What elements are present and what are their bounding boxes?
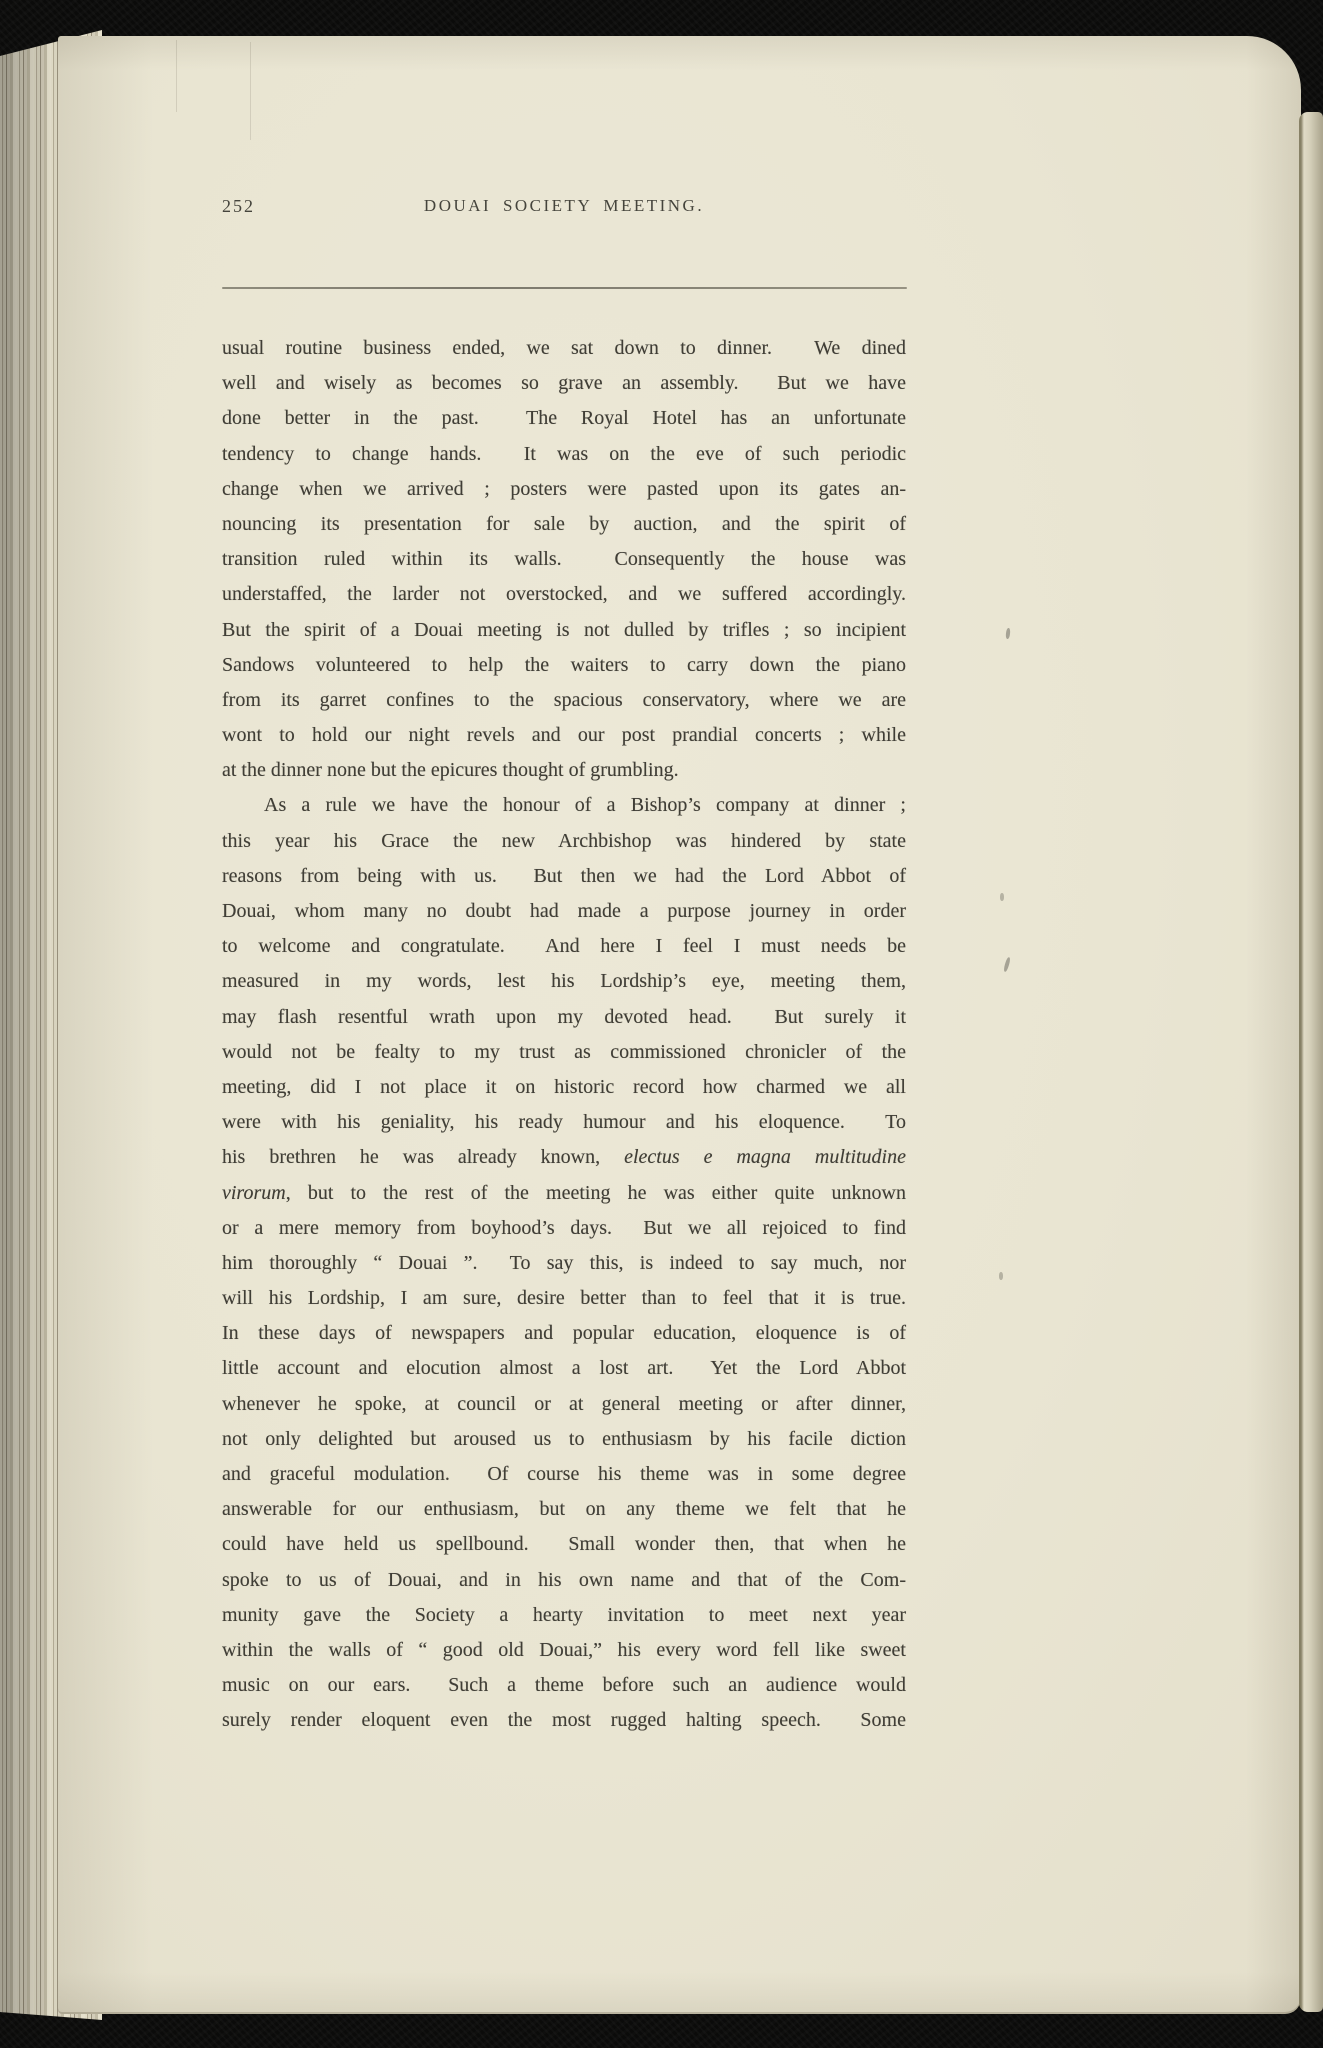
text-run: whenever he spoke, at council or at gene… xyxy=(222,1393,906,1415)
text-line: would not be fealty to my trust as commi… xyxy=(222,1035,906,1070)
text-run: change when we arrived ; posters were pa… xyxy=(222,478,906,500)
text-run: could have held us spellbound. Small won… xyxy=(222,1533,906,1555)
text-line: answerable for our enthusiasm, but on an… xyxy=(222,1492,906,1527)
text-line: meeting, did I not place it on historic … xyxy=(222,1070,906,1105)
text-run: this year his Grace the new Archbishop w… xyxy=(222,830,906,852)
text-line: But the spirit of a Douai meeting is not… xyxy=(222,613,906,648)
text-line: will his Lordship, I am sure, desire bet… xyxy=(222,1281,906,1316)
text-line: little account and elocution almost a lo… xyxy=(222,1351,906,1386)
text-line: surely render eloquent even the most rug… xyxy=(222,1703,906,1738)
text-run: at the dinner none but the epicures thou… xyxy=(222,759,679,781)
text-line: may flash resentful wrath upon my devote… xyxy=(222,1000,906,1035)
text-run: In these days of newspapers and popular … xyxy=(222,1322,906,1344)
text-run: munity gave the Society a hearty invitat… xyxy=(222,1604,906,1626)
text-run: music on our ears. Such a theme before s… xyxy=(222,1674,906,1696)
text-line: were with his geniality, his ready humou… xyxy=(222,1105,906,1140)
text-run: usual routine business ended, we sat dow… xyxy=(222,337,906,359)
text-run: will his Lordship, I am sure, desire bet… xyxy=(222,1287,906,1309)
text-line: As a rule we have the honour of a Bishop… xyxy=(222,788,906,823)
text-run: understaffed, the larder not overstocked… xyxy=(222,583,906,605)
text-run: Douai, whom many no doubt had made a pur… xyxy=(222,900,906,922)
text-line: him thoroughly “ Douai ”. To say this, i… xyxy=(222,1246,906,1281)
text-line: done better in the past. The Royal Hotel… xyxy=(222,401,906,436)
text-run: reasons from being with us. But then we … xyxy=(222,865,906,887)
text-run: to welcome and congratulate. And here I … xyxy=(222,935,906,957)
text-line: virorum, but to the rest of the meeting … xyxy=(222,1176,906,1211)
text-run: from its garret confines to the spacious… xyxy=(222,689,906,711)
running-title: DOUAI SOCIETY MEETING. xyxy=(222,196,906,216)
page-number: 252 xyxy=(222,196,255,217)
text-line: to welcome and congratulate. And here I … xyxy=(222,929,906,964)
text-line: or a mere memory from boyhood’s days. Bu… xyxy=(222,1211,906,1246)
text-run: spoke to us of Douai, and in his own nam… xyxy=(222,1569,906,1591)
text-run: nouncing its presentation for sale by au… xyxy=(222,513,906,535)
text-line: this year his Grace the new Archbishop w… xyxy=(222,824,906,859)
text-line: wont to hold our night revels and our po… xyxy=(222,718,906,753)
text-line: at the dinner none but the epicures thou… xyxy=(222,753,906,788)
text-line: from its garret confines to the spacious… xyxy=(222,683,906,718)
text-run: may flash resentful wrath upon my devote… xyxy=(222,1006,906,1028)
text-line: tendency to change hands. It was on the … xyxy=(222,437,906,472)
text-line: whenever he spoke, at council or at gene… xyxy=(222,1387,906,1422)
latin-italic-run: virorum xyxy=(222,1182,286,1204)
text-run: within the walls of “ good old Douai,” h… xyxy=(222,1639,906,1661)
text-line: In these days of newspapers and popular … xyxy=(222,1316,906,1351)
text-line: could have held us spellbound. Small won… xyxy=(222,1527,906,1562)
text-run: answerable for our enthusiasm, but on an… xyxy=(222,1498,906,1520)
text-line: not only delighted but aroused us to ent… xyxy=(222,1422,906,1457)
text-run: transition ruled within its walls. Conse… xyxy=(222,548,906,570)
text-run: As a rule we have the honour of a Bishop… xyxy=(264,794,906,816)
text-line: well and wisely as becomes so grave an a… xyxy=(222,366,906,401)
text-run: measured in my words, lest his Lordship’… xyxy=(222,970,906,992)
header-rule xyxy=(222,287,907,289)
text-run: his brethren he was already known, xyxy=(222,1146,624,1168)
page-header: 252 DOUAI SOCIETY MEETING. xyxy=(222,196,906,224)
text-line: and graceful modulation. Of course his t… xyxy=(222,1457,906,1492)
book-scan-photo: 252 DOUAI SOCIETY MEETING. usual routine… xyxy=(0,0,1323,2048)
right-fore-edge-strip xyxy=(1299,112,1323,2012)
text-run: done better in the past. The Royal Hotel… xyxy=(222,407,906,429)
text-line: Sandows volunteered to help the waiters … xyxy=(222,648,906,683)
underlying-page-corner xyxy=(176,40,177,112)
text-run: were with his geniality, his ready humou… xyxy=(222,1111,906,1133)
text-line: usual routine business ended, we sat dow… xyxy=(222,331,906,366)
ink-speck xyxy=(1000,893,1004,901)
text-line: change when we arrived ; posters were pa… xyxy=(222,472,906,507)
latin-italic-run: electus e magna multitudine xyxy=(624,1146,906,1168)
text-run: Sandows volunteered to help the waiters … xyxy=(222,654,906,676)
underlying-page-corner xyxy=(250,42,251,140)
text-run: well and wisely as becomes so grave an a… xyxy=(222,372,906,394)
text-line: spoke to us of Douai, and in his own nam… xyxy=(222,1563,906,1598)
text-run: not only delighted but aroused us to ent… xyxy=(222,1428,906,1450)
text-run: surely render eloquent even the most rug… xyxy=(222,1709,906,1731)
text-line: his brethren he was already known, elect… xyxy=(222,1140,906,1175)
text-run: , but to the rest of the meeting he was … xyxy=(286,1182,906,1204)
text-line: music on our ears. Such a theme before s… xyxy=(222,1668,906,1703)
text-line: within the walls of “ good old Douai,” h… xyxy=(222,1633,906,1668)
page-body: usual routine business ended, we sat dow… xyxy=(222,331,906,1739)
text-run: or a mere memory from boyhood’s days. Bu… xyxy=(222,1217,906,1239)
text-run: him thoroughly “ Douai ”. To say this, i… xyxy=(222,1252,906,1274)
text-run: But the spirit of a Douai meeting is not… xyxy=(222,619,906,641)
text-line: reasons from being with us. But then we … xyxy=(222,859,906,894)
text-run: wont to hold our night revels and our po… xyxy=(222,724,906,746)
text-line: munity gave the Society a hearty invitat… xyxy=(222,1598,906,1633)
text-run: tendency to change hands. It was on the … xyxy=(222,443,906,465)
ink-speck xyxy=(999,1272,1003,1280)
text-line: understaffed, the larder not overstocked… xyxy=(222,577,906,612)
text-line: measured in my words, lest his Lordship’… xyxy=(222,964,906,999)
text-line: Douai, whom many no doubt had made a pur… xyxy=(222,894,906,929)
text-run: and graceful modulation. Of course his t… xyxy=(222,1463,906,1485)
text-line: transition ruled within its walls. Conse… xyxy=(222,542,906,577)
text-line: nouncing its presentation for sale by au… xyxy=(222,507,906,542)
text-run: meeting, did I not place it on historic … xyxy=(222,1076,906,1098)
text-run: little account and elocution almost a lo… xyxy=(222,1357,906,1379)
text-run: would not be fealty to my trust as commi… xyxy=(222,1041,906,1063)
